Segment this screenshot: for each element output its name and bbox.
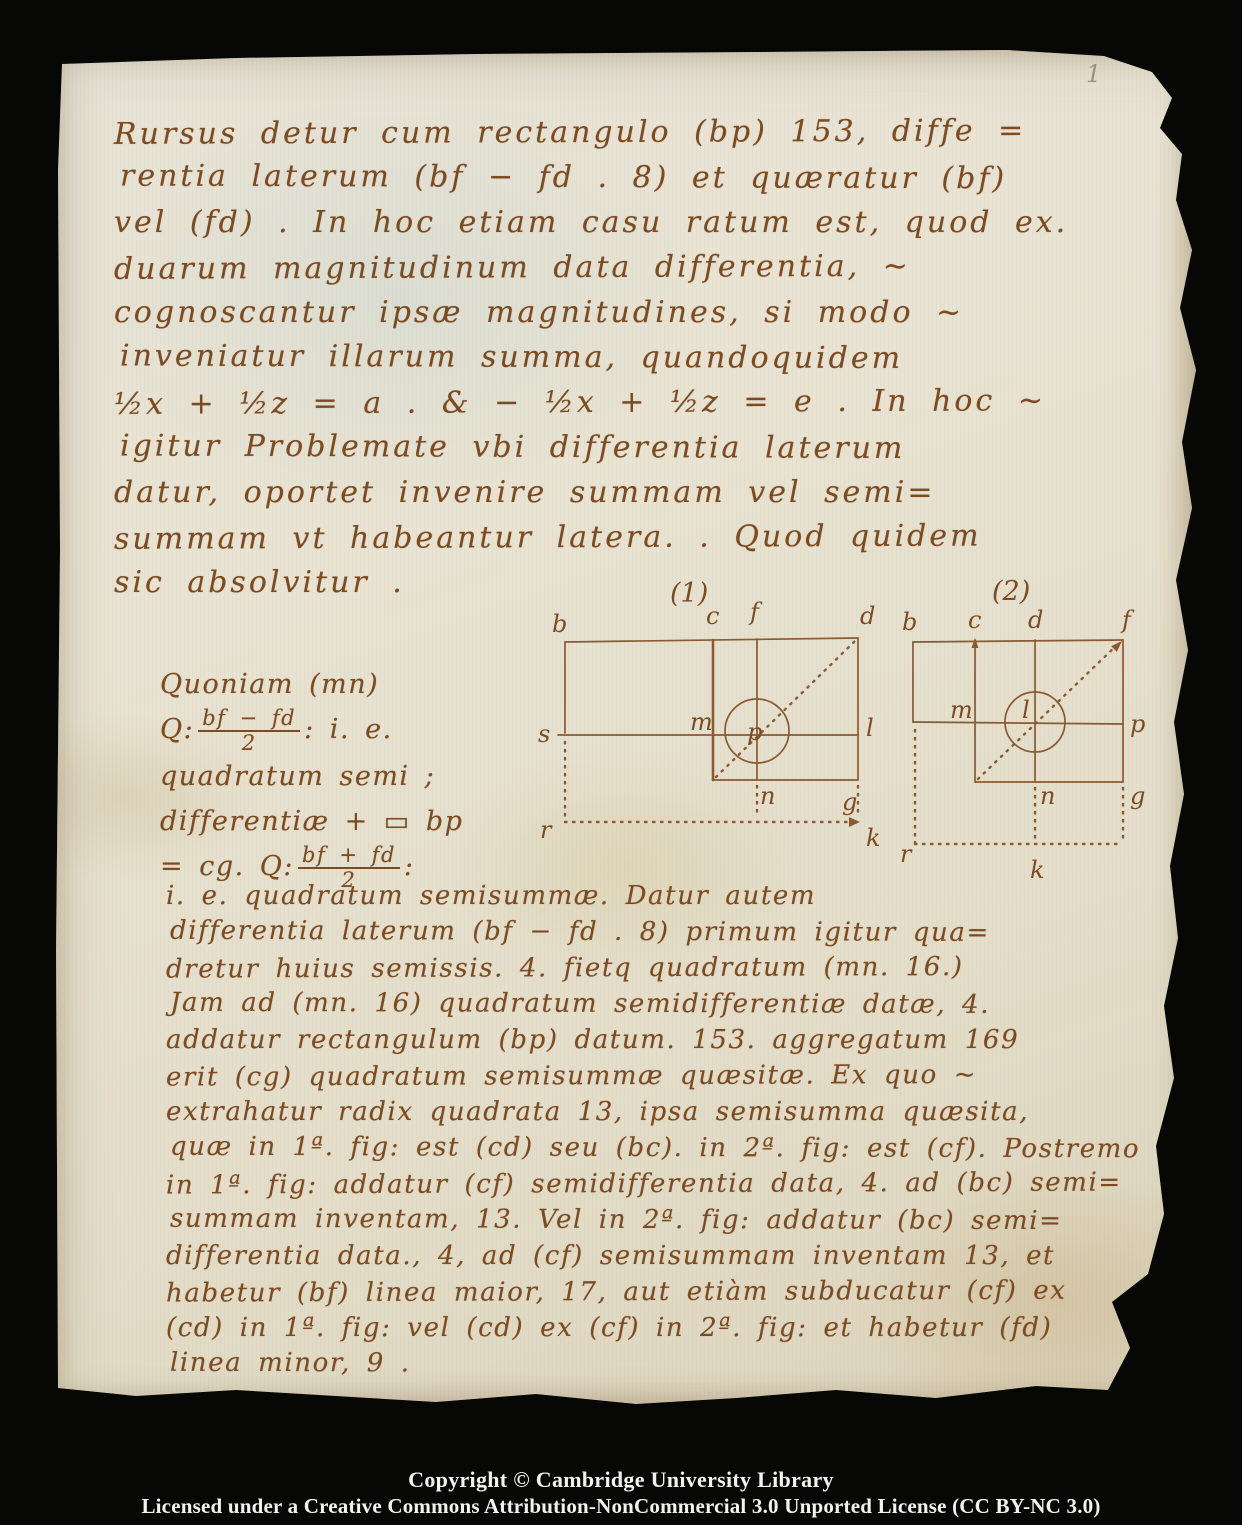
manuscript-line: differentia data., 4, ad (cf) semisummam… <box>166 1238 1136 1274</box>
manuscript-line: dretur huius semissis. 4. fietq quadratu… <box>166 948 1136 987</box>
manuscript-line: vel (fd) . In hoc etiam casu ratum est, … <box>114 200 1068 245</box>
manuscript-line: addatur rectangulum (bp) datum. 153. agg… <box>166 1022 1136 1058</box>
figure-1: (1) <box>538 578 881 852</box>
figure-1-labels: b c f d s m p l n g r k <box>538 598 881 852</box>
point-label-c: c <box>968 606 981 634</box>
formula-line: Quoniam (mn) <box>160 662 463 707</box>
manuscript-line: in 1ª. fig: addatur (cf) semidifferentia… <box>166 1164 1136 1203</box>
point-label-b: b <box>902 608 917 636</box>
point-label-c: c <box>706 602 719 630</box>
manuscript-line: linea minor, 9 . <box>170 1345 1140 1384</box>
manuscript-line: igitur Problemate vbi differentia lateru… <box>120 424 1074 472</box>
manuscript-line: habetur (bf) linea maior, 17, aut etiàm … <box>166 1272 1136 1311</box>
folio-number: 1 <box>1086 60 1101 88</box>
point-label-k: k <box>866 824 881 852</box>
formula-line: quadratum semi ; <box>160 754 463 799</box>
arrowhead <box>1111 641 1122 652</box>
point-label-f: f <box>748 598 763 626</box>
quadratum-symbol: Q: <box>160 714 194 745</box>
manuscript-line: (cd) in 1ª. fig: vel (cd) ex (cf) in 2ª.… <box>166 1310 1136 1346</box>
manuscript-line: differentia laterum (bf − fd . 8) primum… <box>170 913 1140 952</box>
manuscript-line: ½x + ½z = a . & − ½x + ½z = e . In hoc ~ <box>114 378 1068 427</box>
manuscript-page: 1 Rursus detur cum rectangulo (bp) 153, … <box>56 50 1196 1410</box>
manuscript-line: inveniatur illarum summa, quandoquidem <box>120 334 1074 382</box>
formula-text: : i. e. <box>304 714 393 745</box>
point-label-g: g <box>842 788 857 816</box>
point-label-l: l <box>1022 696 1030 724</box>
point-label-n: n <box>760 782 775 810</box>
manuscript-line: erit (cg) quadratum semisummæ quæsitæ. E… <box>166 1056 1136 1095</box>
manuscript-line: i. e. quadratum semisummæ. Datur autem <box>166 878 1136 914</box>
formula-block: Quoniam (mn) Q:bf − fd2: i. e. quadratum… <box>160 662 463 891</box>
manuscript-line: cognoscantur ipsæ magnitudines, si modo … <box>114 290 1068 335</box>
figure-2-labels: b c d f m l p n g r k <box>900 606 1145 884</box>
point-label-f: f <box>1120 606 1135 634</box>
point-label-p: p <box>1130 710 1145 738</box>
arrowhead <box>972 638 979 648</box>
scan-background: 1 Rursus detur cum rectangulo (bp) 153, … <box>0 0 1242 1525</box>
point-label-l: l <box>866 714 874 742</box>
figure-2-outline <box>913 638 1123 782</box>
point-label-d: d <box>860 602 875 630</box>
point-label-s: s <box>538 720 550 748</box>
point-label-m: m <box>950 696 973 724</box>
manuscript-line: summam inventam, 13. Vel in 2ª. fig: add… <box>170 1201 1140 1240</box>
figure-1-caption: (1) <box>670 578 708 609</box>
fraction-numerator: bf + fd <box>298 844 400 869</box>
figure-2: (2) <box>900 576 1145 884</box>
point-label-d: d <box>1028 606 1043 634</box>
point-label-r: r <box>900 840 913 868</box>
lower-text-block: i. e. quadratum semisummæ. Datur autem d… <box>166 878 1136 1382</box>
main-text-block: Rursus detur cum rectangulo (bp) 153, di… <box>114 110 1068 605</box>
fraction: bf − fd2 <box>198 707 300 754</box>
figure-2-dotted-lines <box>915 641 1123 844</box>
manuscript-line: extrahatur radix quadrata 13, ipsa semis… <box>166 1094 1136 1130</box>
point-label-r: r <box>540 816 553 844</box>
geometric-figures: (1) <box>530 570 1220 910</box>
footer: Copyright © Cambridge University Library… <box>0 1467 1242 1519</box>
manuscript-line: quæ in 1ª. fig: est (cd) seu (bc). in 2ª… <box>170 1129 1140 1168</box>
manuscript-line: duarum magnitudinum data differentia, ~ <box>114 243 1068 292</box>
manuscript-line: datur, oportet invenire summam vel semi= <box>114 470 1068 515</box>
fraction-numerator: bf − fd <box>198 707 300 732</box>
point-label-b: b <box>552 610 567 638</box>
manuscript-line: Rursus detur cum rectangulo (bp) 153, di… <box>114 108 1068 157</box>
manuscript-line: Jam ad (mn. 16) quadratum semidifferenti… <box>170 985 1140 1024</box>
manuscript-line: summam vt habeantur latera. . Quod quide… <box>114 513 1068 562</box>
point-label-n: n <box>1040 782 1055 810</box>
manuscript-line: rentia laterum (bf − fd . 8) et quæratur… <box>120 154 1074 202</box>
point-label-m: m <box>690 708 713 736</box>
figure-2-caption: (2) <box>992 576 1030 607</box>
figure-2-diagonal <box>978 643 1119 779</box>
point-label-g: g <box>1130 782 1145 810</box>
formula-line: differentiæ + ▭ bp <box>160 799 463 844</box>
copyright-line: Copyright © Cambridge University Library <box>0 1467 1242 1493</box>
license-line: Licensed under a Creative Commons Attrib… <box>0 1494 1242 1519</box>
fraction-denominator: 2 <box>198 732 300 754</box>
arrowhead <box>849 817 860 827</box>
point-label-p: p <box>747 718 762 746</box>
formula-line: Q:bf − fd2: i. e. <box>160 707 463 754</box>
